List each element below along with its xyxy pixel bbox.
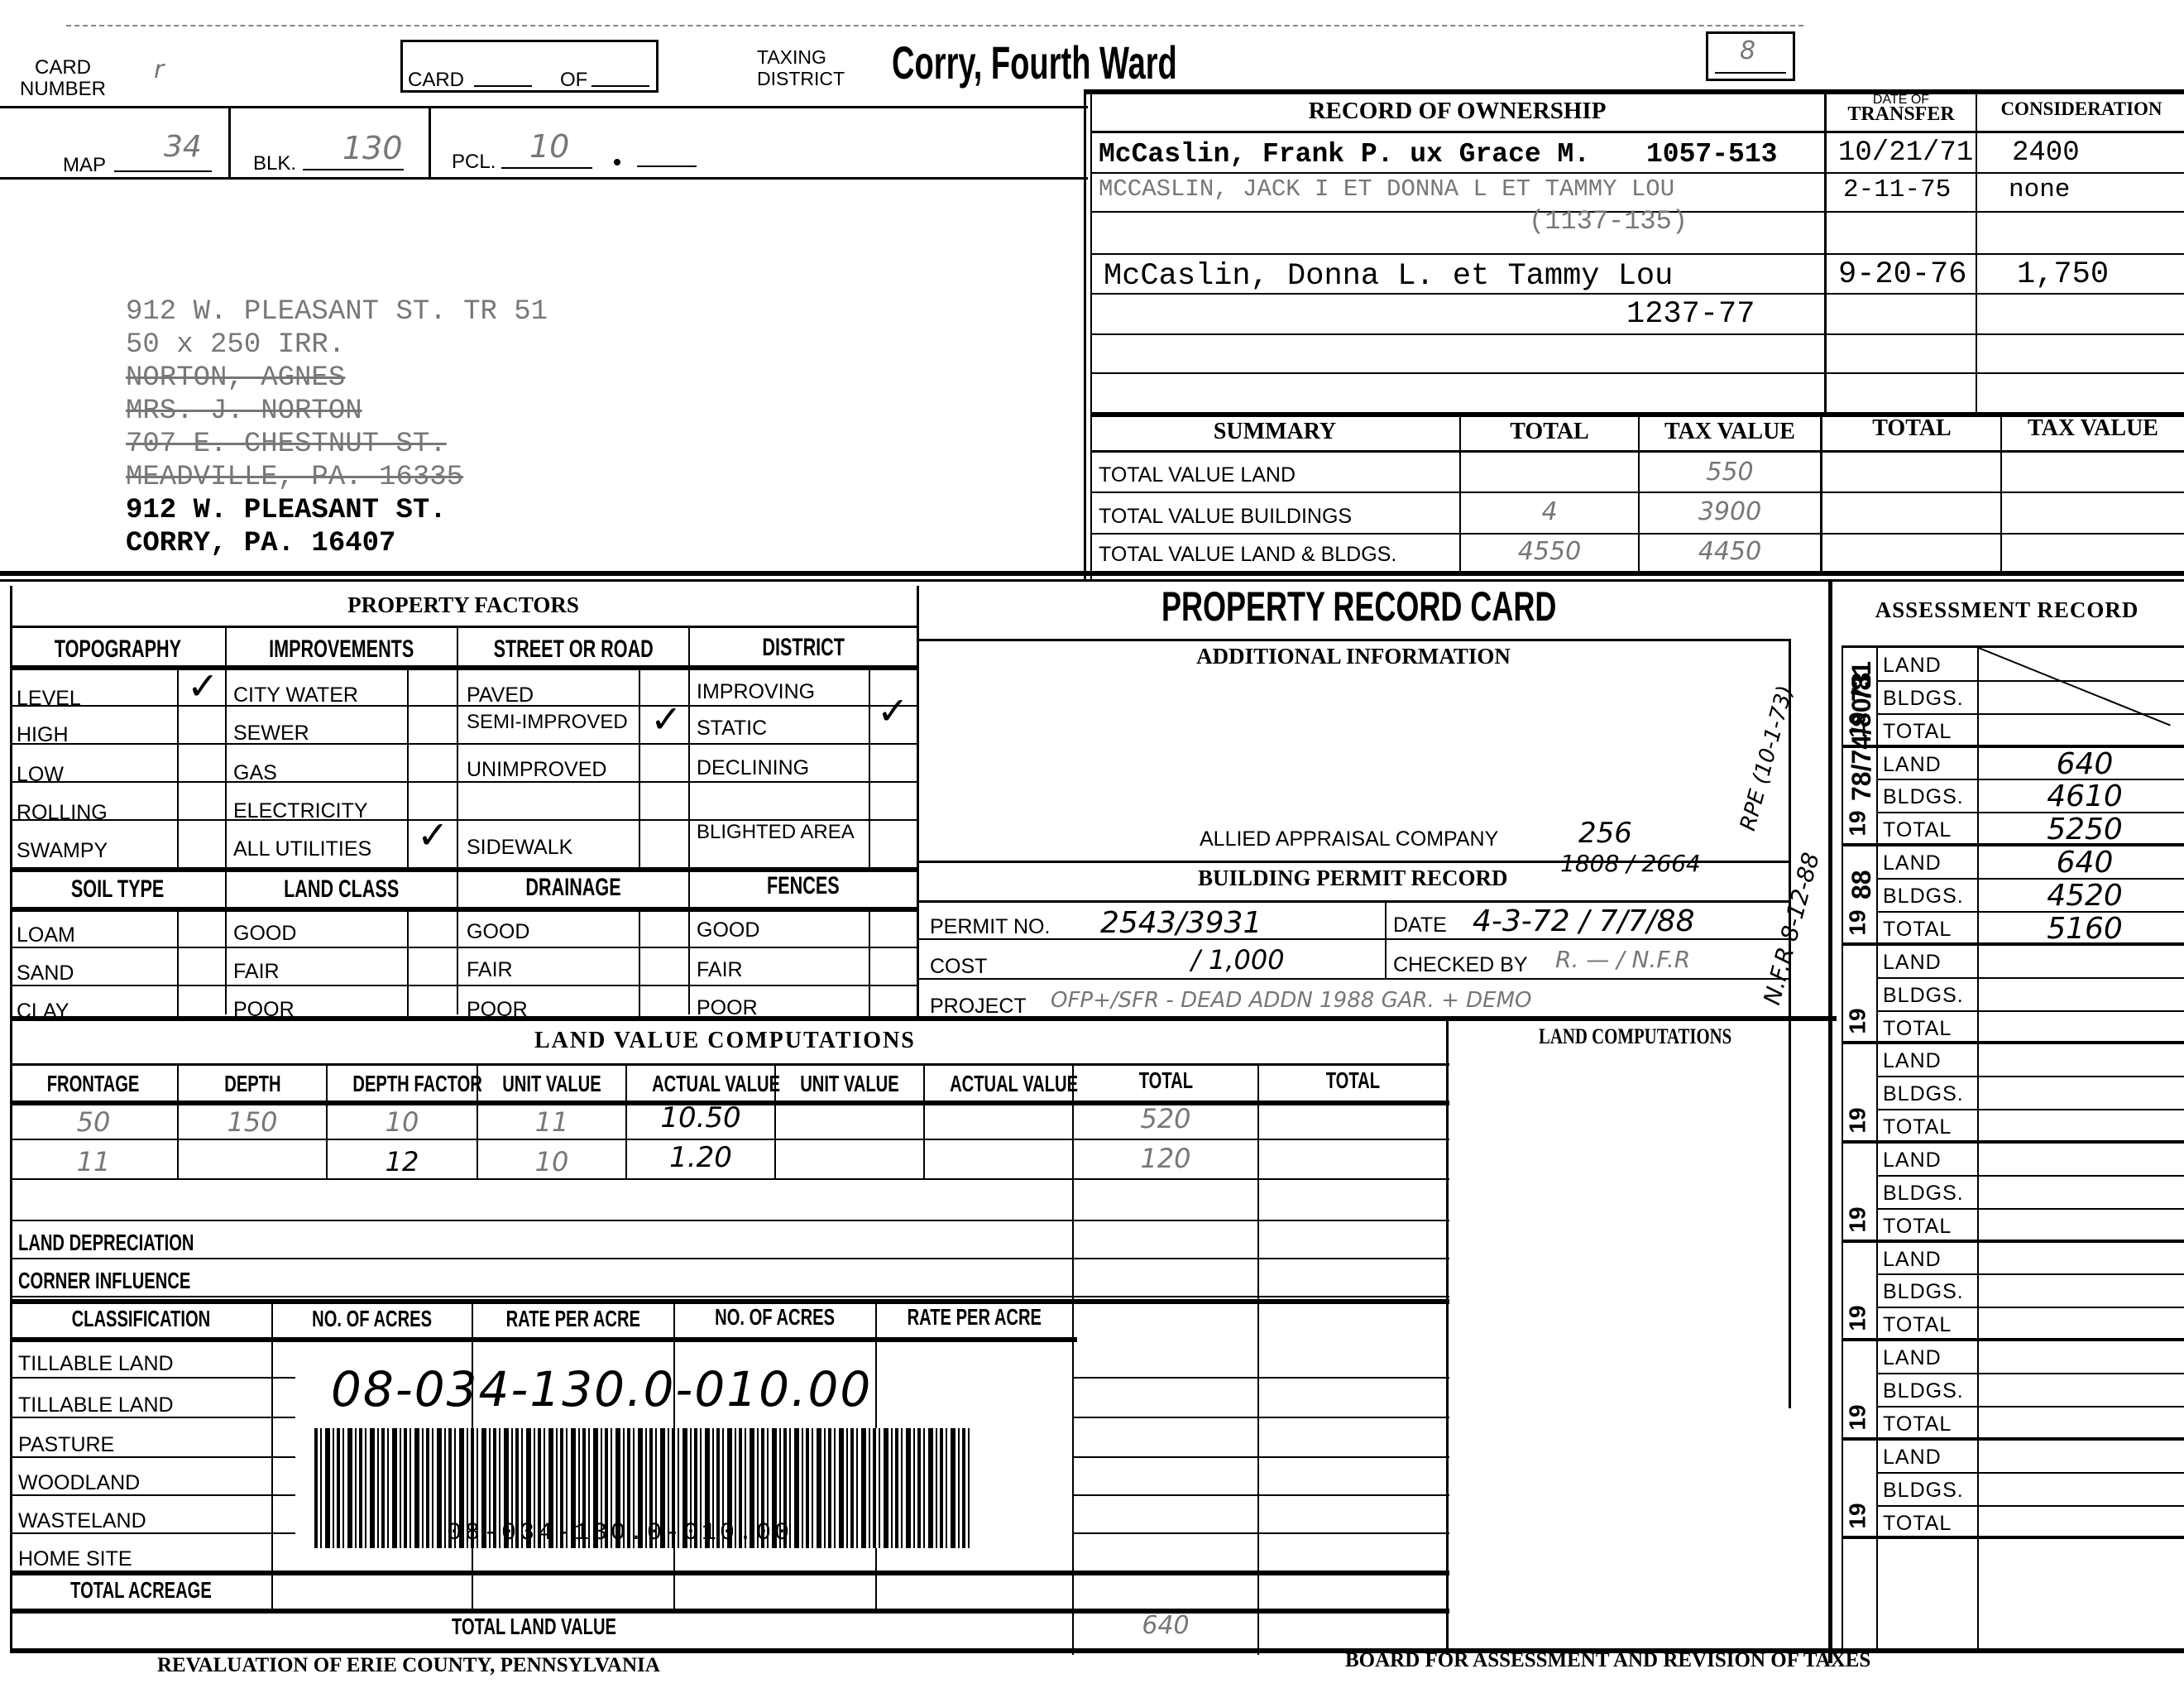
assessment-row-label: BLDGS.: [1883, 688, 1964, 709]
summary-col-total: TOTAL: [1461, 420, 1638, 444]
rule: [407, 667, 409, 870]
rule: [10, 907, 917, 912]
frontage-value: 50: [10, 1109, 177, 1135]
assessment-row-label: LAND: [1883, 952, 1942, 973]
rule: [1876, 680, 2184, 682]
permit-date-value: 4-3-72 / 7/7/88: [1473, 907, 1695, 937]
acreage-row-pasture: PASTURE: [18, 1435, 114, 1455]
topography-rolling: ROLLING: [17, 803, 108, 823]
parcel-id-handwritten: 08-034-130.0-010.00: [331, 1365, 872, 1413]
deed-book-page: 1057-513: [1646, 141, 1777, 168]
rule: [1876, 1307, 2184, 1308]
rule: [1084, 91, 1086, 579]
rule: [10, 1532, 295, 1534]
acreage-row-woodland: WOODLAND: [18, 1473, 140, 1494]
assessment-row-label: TOTAL: [1883, 1216, 1952, 1237]
rule: [10, 1139, 1449, 1140]
topography-header: TOPOGRAPHY: [10, 635, 225, 664]
cost-value: / 1,000: [1191, 947, 1285, 973]
consideration-header: CONSIDERATION: [1979, 99, 2184, 118]
rule: [1842, 1338, 2184, 1341]
rule: [10, 743, 917, 745]
blk-value: 130: [342, 132, 403, 164]
ownership-title: RECORD OF OWNERSHIP: [1090, 99, 1824, 123]
col-depth: DEPTH: [179, 1071, 326, 1097]
rule: [1084, 89, 2184, 94]
land-class-header: LAND CLASS: [227, 875, 457, 904]
row-total: 520: [1074, 1105, 1257, 1132]
rule: [1842, 645, 1843, 1651]
rule: [1828, 579, 1832, 1663]
topography-high: HIGH: [17, 725, 69, 746]
additional-info-title: ADDITIONAL INFORMATION: [918, 645, 1789, 668]
rule: [0, 579, 2184, 582]
col-classification-text: CLASSIFICATION: [71, 1306, 210, 1332]
summary-total: 4550: [1461, 539, 1638, 564]
rule: [1876, 911, 2184, 913]
land-computations-title: LAND COMPUTATIONS: [1539, 1026, 1731, 1048]
address-line-current: CORRY, PA. 16407: [126, 530, 548, 563]
rule: [1842, 1240, 2184, 1243]
col-no-acres-2: NO. OF ACRES: [675, 1304, 875, 1331]
rule: [10, 1178, 1449, 1180]
owner-name: MCCASLIN, JACK I ET DONNA L ET TAMMY LOU: [1099, 177, 1674, 201]
total-land-value-amount: 640: [1074, 1614, 1257, 1638]
rule: [918, 938, 1791, 940]
improvements-all-utilities: ALL UTILITIES: [233, 839, 371, 860]
assessment-title: ASSESSMENT RECORD: [1830, 599, 2184, 621]
address-line: 912 W. PLEASANT ST. TR 51: [126, 298, 548, 331]
card-blank: [474, 85, 532, 87]
assessment-row-label: BLDGS.: [1883, 1381, 1964, 1402]
taxing-district-label-line2: DISTRICT: [757, 70, 845, 89]
street-paved: PAVED: [467, 685, 534, 706]
improvements-header: IMPROVEMENTS: [227, 635, 457, 664]
acreage-row-home-site: HOME SITE: [18, 1549, 132, 1570]
assessment-total-value: 5250: [1994, 815, 2176, 845]
date-header-line2: TRANSFER: [1827, 104, 1976, 124]
rule: [1876, 1175, 2184, 1177]
topography-level: LEVEL: [17, 688, 81, 709]
assessment-row-label: TOTAL: [1883, 1513, 1952, 1534]
rule: [1090, 131, 2184, 133]
total-land-value-label: TOTAL LAND VALUE: [452, 1614, 680, 1640]
assessment-year: 78/74/80/81: [1846, 661, 1877, 801]
rule: [1090, 253, 2184, 255]
depth-factor-value: 12: [328, 1149, 477, 1175]
address-line-struck: 707 E. CHESTNUT ST.: [126, 430, 548, 463]
rule: [1876, 1109, 2184, 1110]
district-blighted-area: BLIGHTED AREA: [697, 822, 862, 842]
checkmark-icon: ✓: [877, 692, 909, 730]
acreage-row-wasteland: WASTELAND: [18, 1511, 146, 1532]
rule: [1072, 1456, 1449, 1458]
rule: [1072, 1494, 1449, 1496]
assessment-row-label: TOTAL: [1883, 722, 1952, 742]
land-class-header-text: LAND CLASS: [284, 875, 399, 904]
total-acreage-label: TOTAL ACREAGE: [10, 1577, 271, 1604]
assessment-row-label: BLDGS.: [1883, 985, 1964, 1006]
unit-value: 11: [478, 1109, 625, 1135]
code-box-value: 8: [1740, 39, 1755, 64]
soil-type-header: SOIL TYPE: [10, 875, 225, 904]
assessment-row-label: LAND: [1883, 655, 1942, 676]
rule: [10, 1220, 1449, 1221]
col-rate-per-acre-text: RATE PER ACRE: [506, 1306, 640, 1332]
col-actual-value-text: ACTUAL VALUE: [652, 1071, 780, 1097]
assessment-row-label: LAND: [1883, 1249, 1942, 1270]
rule: [1072, 1417, 1449, 1418]
district-header-text: DISTRICT: [762, 634, 845, 662]
rule: [177, 909, 179, 1016]
depth-value: 150: [179, 1109, 326, 1135]
col-no-acres-2-text: NO. OF ACRES: [716, 1304, 836, 1331]
code-box: 8: [1706, 31, 1795, 81]
year-prefix: 19: [1845, 1503, 1871, 1528]
improvements-gas: GAS: [233, 763, 277, 784]
rule: [10, 626, 917, 628]
year-prefix: 19: [1845, 810, 1871, 836]
improvements-header-text: IMPROVEMENTS: [269, 635, 414, 664]
rule: [1090, 172, 2184, 174]
permit-date-label: DATE: [1393, 915, 1447, 936]
col-total: TOTAL: [1074, 1067, 1257, 1094]
pcl-suffix-underline: [637, 165, 697, 167]
owner-name: McCaslin, Frank P. ux Grace M.: [1099, 141, 1590, 168]
col-unit-value-2-text: UNIT VALUE: [800, 1071, 898, 1097]
rule: [10, 705, 917, 707]
checked-by-label: CHECKED BY: [1393, 955, 1528, 976]
rule: [0, 106, 1088, 108]
assessment-bldgs-value: 4610: [1994, 782, 2176, 812]
assessment-row-label: BLDGS.: [1883, 1480, 1964, 1501]
checkmark-icon: ✓: [650, 700, 682, 738]
actual-value: 10.50: [627, 1104, 774, 1132]
address-line-struck: MEADVILLE, PA. 16335: [126, 463, 548, 496]
rule: [639, 667, 640, 870]
building-permit-title: BUILDING PERMIT RECORD: [1198, 867, 1508, 890]
district-static: STATIC: [697, 718, 767, 739]
col-actual-value-2: ACTUAL VALUE: [925, 1071, 1072, 1097]
drainage-poor: POOR: [467, 1000, 528, 1020]
col-unit-value-2: UNIT VALUE: [776, 1071, 923, 1097]
rule: [10, 665, 917, 670]
assessment-row-label: LAND: [1883, 1348, 1942, 1369]
rule: [1876, 1406, 2184, 1407]
acreage-row-tillable-2: TILLABLE LAND: [18, 1395, 174, 1416]
consideration: 1,750: [2017, 260, 2109, 290]
project-label: PROJECT: [930, 996, 1027, 1017]
rule: [1257, 1063, 1259, 1655]
address-line-current: 912 W. PLEASANT ST.: [126, 496, 548, 530]
year-prefix: 19: [1845, 1008, 1871, 1033]
assessment-row-label: TOTAL: [1883, 919, 1952, 940]
improvements-electricity: ELECTRICITY: [233, 801, 368, 822]
col-no-acres-text: NO. OF ACRES: [313, 1306, 433, 1332]
rule: [639, 909, 640, 1016]
side-note-nfr: N.F.R 8-12-88: [1760, 851, 1823, 1008]
parcel-id-printed: 08-034-130.0-010.00: [447, 1521, 793, 1546]
drainage-fair: FAIR: [467, 960, 513, 981]
summary-tax-value: 3900: [1640, 500, 1820, 525]
rule: [1090, 91, 1092, 579]
land-value-title: LAND VALUE COMPUTATIONS: [534, 1029, 916, 1053]
assessment-row-label: LAND: [1883, 755, 1942, 775]
district-improving: IMPROVING: [697, 682, 815, 703]
transfer-date: 2-11-75: [1843, 177, 1951, 203]
rule: [1842, 645, 2184, 648]
rule: [10, 1258, 1449, 1259]
street-semi-improved: SEMI-IMPROVED: [467, 713, 640, 731]
checkmark-icon: ✓: [187, 667, 219, 705]
rule: [918, 978, 1791, 980]
rule: [1842, 745, 2184, 748]
col-classification: CLASSIFICATION: [10, 1306, 271, 1332]
card-number-value: r: [154, 58, 164, 83]
blk-underline: [303, 169, 404, 170]
summary-row-label: TOTAL VALUE LAND: [1099, 465, 1296, 486]
rule: [228, 106, 231, 179]
rule: [1090, 533, 2184, 535]
map-underline: [114, 170, 212, 172]
unit-value: 10: [478, 1149, 625, 1175]
assessment-row-label: TOTAL: [1883, 1315, 1952, 1336]
corner-influence-text: CORNER INFLUENCE: [18, 1268, 190, 1294]
col-actual-value: ACTUAL VALUE: [627, 1071, 774, 1097]
col-total-text: TOTAL: [1138, 1067, 1192, 1094]
soil-type-header-text: SOIL TYPE: [71, 875, 164, 904]
col-total-2-text: TOTAL: [1325, 1067, 1379, 1094]
frontage-value: 11: [10, 1149, 177, 1175]
rule: [10, 1571, 1449, 1575]
assessment-row-label: BLDGS.: [1883, 886, 1964, 907]
property-record-card-title: PROPERTY RECORD CARD: [1161, 586, 1556, 627]
rule: [1876, 1208, 2184, 1210]
rule: [10, 947, 917, 948]
property-factors-title: PROPERTY FACTORS: [10, 594, 917, 616]
owner-name: McCaslin, Donna L. et Tammy Lou: [1104, 261, 1673, 292]
rule: [10, 1417, 295, 1418]
col-rate-per-acre: RATE PER ACRE: [473, 1306, 673, 1332]
summary-col-tax-value: TAX VALUE: [1640, 420, 1820, 444]
rule: [429, 106, 431, 179]
topography-swampy: SWAMPY: [17, 841, 108, 861]
land-depreciation-label: LAND DEPRECIATION: [18, 1230, 262, 1256]
rule: [1090, 450, 2184, 453]
consideration: 2400: [2012, 139, 2080, 167]
col-depth-text: DEPTH: [224, 1071, 280, 1097]
assessment-row-label: TOTAL: [1883, 1019, 1952, 1039]
side-note-rpe: RPE (10-1-73): [1737, 683, 1797, 833]
footer-left: REVALUATION OF ERIE COUNTY, PENNSYLVANIA: [157, 1655, 660, 1676]
rule: [0, 571, 2184, 576]
rule: [1876, 713, 2184, 715]
rule: [177, 667, 179, 870]
deed-book-page: (1137-135): [1529, 209, 1688, 235]
code-box-underline: [1715, 72, 1786, 74]
soil-sand: SAND: [17, 963, 74, 984]
soil-clay: CLAY: [17, 1001, 69, 1022]
rule: [10, 1337, 1077, 1342]
land-class-poor: POOR: [233, 1000, 295, 1020]
summary-tax-value: 4450: [1640, 539, 1820, 564]
building-permit-note: 1808 / 2664: [1560, 852, 1701, 875]
rule: [1876, 1373, 2184, 1374]
assessment-row-label: TOTAL: [1883, 820, 1952, 841]
address-line-struck: MRS. J. NORTON: [126, 397, 548, 430]
consideration: none: [2009, 177, 2070, 203]
acreage-row-tillable-1: TILLABLE LAND: [18, 1354, 174, 1374]
appraiser-note: 256: [1578, 819, 1632, 847]
rule: [1876, 878, 2184, 880]
summary-total: 4: [1461, 500, 1638, 525]
summary-row-label: TOTAL VALUE LAND & BLDGS.: [1099, 544, 1396, 565]
assessment-bldgs-value: 4520: [1994, 881, 2176, 911]
year-prefix: 19: [1845, 909, 1871, 935]
rule: [1876, 1076, 2184, 1077]
district-header: DISTRICT: [690, 634, 917, 662]
assessment-row-label: BLDGS.: [1883, 1084, 1964, 1105]
land-class-fair: FAIR: [233, 961, 280, 982]
fences-header-text: FENCES: [767, 872, 840, 900]
address-line-struck: NORTON, AGNES: [126, 364, 548, 397]
pcl-label: PCL.: [452, 152, 496, 172]
address-block: 912 W. PLEASANT ST. TR 51 50 x 250 IRR. …: [126, 298, 548, 563]
col-no-acres: NO. OF ACRES: [273, 1306, 472, 1332]
taxing-district-label-line1: TAXING: [757, 48, 826, 67]
street-header: STREET OR ROAD: [458, 635, 688, 664]
rule: [869, 667, 870, 870]
drainage-good: GOOD: [467, 922, 529, 942]
rule: [1090, 372, 2184, 374]
rule: [1876, 1472, 2184, 1474]
col-rate-per-acre-2: RATE PER ACRE: [877, 1304, 1072, 1331]
card-number-label-line1: CARD: [35, 58, 91, 78]
rule: [1977, 645, 1979, 1651]
rule: [1446, 1018, 1449, 1655]
improvements-sewer: SEWER: [233, 723, 309, 744]
fences-header: FENCES: [690, 872, 917, 900]
rule: [10, 1456, 295, 1458]
summary-title: SUMMARY: [1090, 420, 1459, 444]
rule: [1842, 1536, 2184, 1539]
drainage-header-text: DRAINAGE: [525, 874, 620, 902]
col-frontage: FRONTAGE: [10, 1071, 177, 1097]
topography-header-text: TOPOGRAPHY: [54, 635, 180, 664]
project-value: OFP+/SFR - DEAD ADDN 1988 GAR. + DEMO: [1051, 990, 1532, 1011]
taxing-district-value: Corry, Fourth Ward: [892, 40, 1177, 86]
rule: [1842, 1140, 2184, 1144]
checked-by-value: R. — / N.F.R: [1555, 948, 1690, 971]
rule: [1072, 1532, 1449, 1534]
map-label: MAP: [63, 156, 106, 175]
topography-low: LOW: [17, 765, 64, 785]
permit-no-label: PERMIT NO.: [930, 917, 1050, 938]
rule: [10, 1494, 295, 1496]
cost-label: COST: [930, 957, 987, 977]
rule: [918, 639, 1791, 641]
rule: [1876, 1273, 2184, 1275]
fences-fair: FAIR: [697, 960, 743, 981]
land-depreciation-text: LAND DEPRECIATION: [18, 1230, 194, 1256]
rule: [10, 1296, 1449, 1297]
corner-influence-label: CORNER INFLUENCE: [18, 1268, 257, 1294]
of-blank: [591, 85, 649, 87]
assessment-row-label: LAND: [1883, 853, 1942, 874]
fences-good: GOOD: [697, 920, 759, 941]
rule: [1072, 1377, 1449, 1379]
assessment-row-label: LAND: [1883, 1150, 1942, 1171]
assessment-row-label: TOTAL: [1883, 1117, 1952, 1138]
pcl-underline: [501, 167, 592, 169]
summary-col-total-2: TOTAL: [1823, 417, 2000, 440]
rule: [10, 985, 917, 986]
card-of-box: CARD OF: [400, 40, 659, 93]
depth-factor-value: 10: [328, 1109, 477, 1135]
assessment-row-label: TOTAL: [1883, 1414, 1952, 1435]
year-prefix: 19: [1845, 1404, 1871, 1430]
drainage-header: DRAINAGE: [458, 874, 688, 902]
assessment-total-value: 5160: [1994, 914, 2176, 944]
year-prefix: 19: [1845, 1206, 1871, 1232]
transfer-date: 9-20-76: [1838, 260, 1966, 290]
rule: [10, 1377, 295, 1379]
summary-row-label: TOTAL VALUE BUILDINGS: [1099, 506, 1352, 527]
deed-book-page: 1237-77: [1626, 300, 1755, 330]
col-unit-value: UNIT VALUE: [478, 1071, 625, 1097]
col-depth-factor-text: DEPTH FACTOR: [352, 1071, 481, 1097]
col-frontage-text: FRONTAGE: [47, 1071, 140, 1097]
transfer-date: 10/21/71: [1838, 139, 1973, 167]
col-depth-factor: DEPTH FACTOR: [328, 1071, 477, 1097]
col-rate-per-acre-2-text: RATE PER ACRE: [908, 1304, 1042, 1331]
summary-col-tax-value-2: TAX VALUE: [2002, 417, 2184, 440]
assessment-row-label: BLDGS.: [1883, 787, 1964, 808]
year-prefix: 19: [1845, 1305, 1871, 1331]
row-total: 120: [1074, 1145, 1257, 1172]
soil-loam: LOAM: [17, 925, 75, 946]
rule: [1090, 333, 2184, 335]
col-actual-value-2-text: ACTUAL VALUE: [950, 1071, 1078, 1097]
assessment-land-value: 640: [1994, 848, 2176, 878]
street-header-text: STREET OR ROAD: [493, 635, 653, 664]
address-line: 50 x 250 IRR.: [126, 331, 548, 364]
rule: [1842, 1041, 2184, 1044]
of-label: OF: [560, 70, 587, 90]
rule: [1789, 639, 1791, 1408]
street-unimproved: UNIMPROVED: [467, 760, 606, 780]
street-sidewalk: SIDEWALK: [467, 837, 572, 858]
permit-no-value: 2543/3931: [1100, 909, 1262, 938]
pcl-value: 10: [529, 131, 569, 162]
year-prefix: 19: [1845, 1107, 1871, 1133]
rule: [1876, 1010, 2184, 1012]
rule: [10, 1063, 1449, 1066]
summary-tax-value: 550: [1640, 460, 1820, 485]
assessment-year: 88: [1846, 870, 1877, 899]
assessment-row-label: LAND: [1883, 1447, 1942, 1468]
assessment-land-value: 640: [1994, 750, 2176, 779]
district-declining: DECLINING: [697, 758, 809, 779]
actual-value: 1.20: [627, 1144, 774, 1172]
fences-poor: POOR: [697, 998, 758, 1019]
total-land-value-text: TOTAL LAND VALUE: [452, 1614, 616, 1640]
rule: [10, 781, 917, 783]
rule: [869, 909, 870, 1016]
rule: [1876, 977, 2184, 979]
pcl-dot: [614, 159, 620, 165]
checkmark-icon: ✓: [417, 816, 449, 854]
